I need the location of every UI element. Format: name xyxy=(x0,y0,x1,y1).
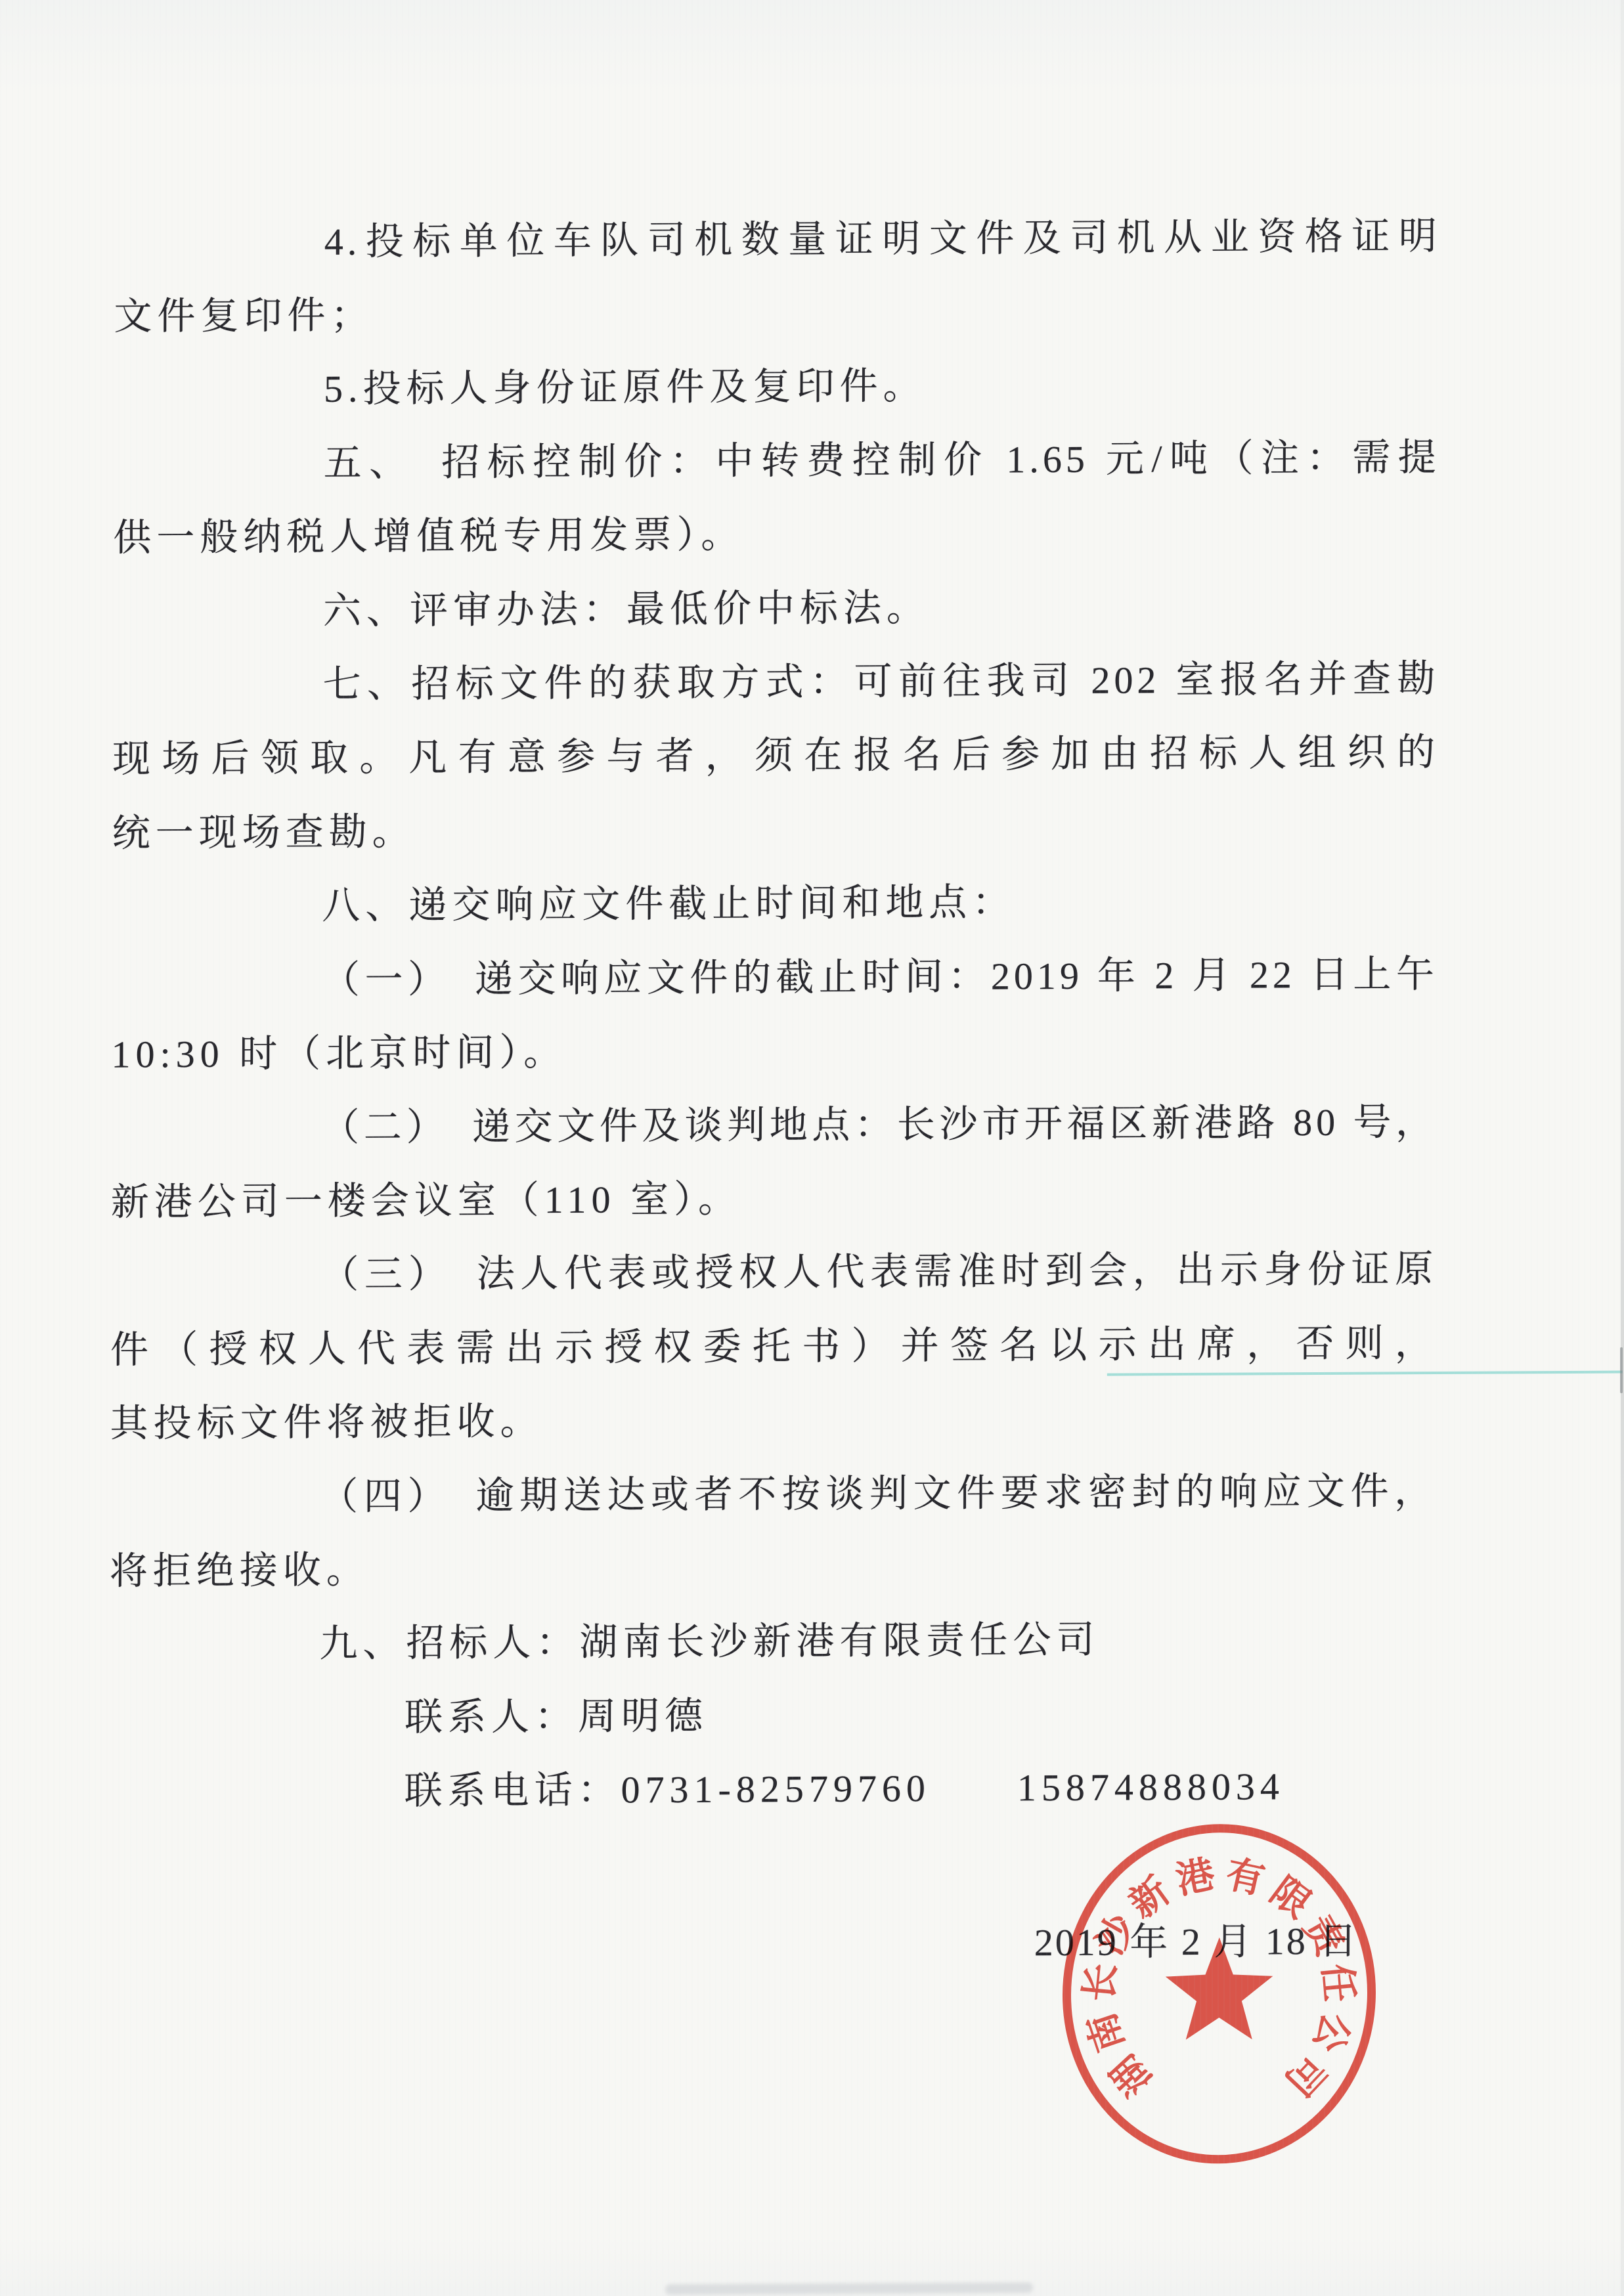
body-text-layer: 4.投标单位车队司机数量证明文件及司机从业资格证明文件复印件；5.投标人身份证原… xyxy=(3,0,1624,4)
text-line: 10:30 时（北京时间）。 xyxy=(111,1032,567,1075)
text-line: 统一现场查勘。 xyxy=(112,812,416,854)
text-line: 现场后领取。凡有意参与者，须在报名后参加由招标人组织的 xyxy=(112,732,1439,780)
text-line: （三） 法人代表或授权人代表需准时到会，出示身份证原 xyxy=(320,1249,1437,1295)
text-line: 件（授权人代表需出示授权委托书）并签名以示出席，否则， xyxy=(110,1323,1437,1371)
text-line: 六、评审办法：最低价中标法。 xyxy=(323,588,930,632)
text-line: 其投标文件将被拒收。 xyxy=(110,1401,543,1444)
text-line: 八、递交响应文件截止时间和地点： xyxy=(322,882,1015,926)
text-line: 供一般纳税人增值税专用发票）。 xyxy=(113,515,744,559)
text-line: （一） 递交响应文件的截止时间：2019 年 2 月 22 日上午 xyxy=(322,954,1438,1001)
text-line: 4.投标单位车队司机数量证明文件及司机从业资格证明 xyxy=(324,216,1441,263)
text-line: 七、招标文件的获取方式：可前往我司 202 室报名并查勘 xyxy=(322,659,1439,705)
text-line: （二） 递交文件及谈判地点：长沙市开福区新港路 80 号， xyxy=(321,1102,1437,1148)
text-line: 新港公司一楼会议室（110 室）。 xyxy=(111,1179,742,1223)
seal-star-icon xyxy=(1165,1937,1273,2039)
text-line: （四） 逾期送达或者不按谈判文件要求密封的响应文件， xyxy=(320,1471,1436,1517)
text-line: 文件复印件； xyxy=(114,295,374,337)
scan-artifact-teal-line xyxy=(1107,1371,1623,1376)
text-line: 九、招标人：湖南长沙新港有限责任公司 xyxy=(319,1620,1099,1664)
text-line: 五、 招标控制价：中转费控制价 1.65 元/吨（注：需提 xyxy=(324,437,1440,484)
text-line: 将拒绝接收。 xyxy=(110,1550,370,1592)
text-line: 联系人：周明德 xyxy=(405,1696,708,1738)
document-page: 4.投标单位车队司机数量证明文件及司机从业资格证明文件复印件；5.投标人身份证原… xyxy=(0,0,1624,2296)
scan-artifact-bottom-smudge xyxy=(665,2282,1033,2295)
company-seal-stamp: 湖南长沙新港有限责任公司 xyxy=(1041,1802,1397,2185)
text-line: 5.投标人身份证原件及复印件。 xyxy=(324,366,927,410)
scanned-sheet: 4.投标单位车队司机数量证明文件及司机从业资格证明文件复印件；5.投标人身份证原… xyxy=(0,0,1624,2296)
